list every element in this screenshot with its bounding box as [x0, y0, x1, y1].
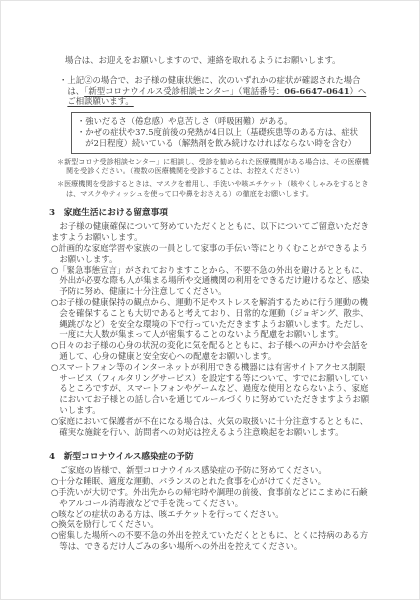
section-4-item: ○咳などの症状のある方は、咳エチケットを行ってください。 — [51, 509, 371, 520]
section-3-item: ○お子様の健康保持の観点から、運動不足やストレスを解消するために行う運動の機会を… — [51, 297, 371, 340]
section-3-item: ○「緊急事態宣言」がされておりますことから、不要不急の外出を避けるとともに、外出… — [51, 265, 371, 297]
section-4-intro: ご家庭の皆様で、新型コロナウイルス感染症の予防に努めてください。 — [51, 465, 371, 476]
consultation-notice: ・上記②の場合で、お子様の健康状態に、次のいずれかの症状が確認された場合は、「新… — [59, 75, 371, 107]
phone-number: 06-6647-0641 — [284, 86, 349, 96]
symptom-item: ・かぜの症状や37.5度前後の発熱が4日以上（基礎疾患等のある方は、症状が2日程… — [77, 127, 365, 149]
section-3-intro: お子様の健康確保について努めていただくとともに、以下についてご留意いただきますよ… — [51, 221, 371, 243]
section-3-item: ○家庭において保護者が不在になる場合は、火気の取扱いに十分注意するとともに、確実… — [51, 416, 371, 438]
section-3-heading: 3 家庭生活における留意事項 — [49, 208, 371, 219]
continuation-paragraph: 場合は、お迎えをお願いしますので、連絡を取れるようにお願いします。 — [65, 55, 371, 66]
note-item: ＊医療機関を受診するときは、マスクを着用し、手洗いや咳エチケット（咳やくしゃみを… — [57, 179, 371, 198]
consult-center-name: 「新型コロナウイルス受診相談センター」（電話番号： — [84, 86, 284, 96]
section-4-item: ○換気を励行してください。 — [51, 519, 371, 530]
note-item: ＊新型コロナ受診相談センター」に相談し、受診を勧められた医療機関がある場合は、そ… — [57, 157, 371, 176]
section-4-item: ○手洗いが大切です。外出先からの帰宅時や調理の前後、食事前などにこまめに石鹸やア… — [51, 487, 371, 509]
section-3-item: ○日々のお子様の心身の状況の変化に気を配るとともに、お子様への声かけや会話を通し… — [51, 340, 371, 362]
section-4-item: ○密集した場所への不要不急の外出を控えていただくとともに、とくに持病のある方等は… — [51, 530, 371, 552]
section-3-item: ○スマートフォン等のインターネットが利用できる機器には有害サイトアクセス制限サー… — [51, 362, 371, 416]
symptom-box: ・強いだるさ（倦怠感）や息苦しさ（呼吸困難）がある。 ・かぜの症状や37.5度前… — [71, 112, 371, 153]
document-page: 場合は、お迎えをお願いしますので、連絡を取れるようにお願いします。 ・上記②の場… — [0, 0, 420, 600]
section-4-item: ○十分な睡眠、適度な運動、バランスのとれた食事を心がけてください。 — [51, 476, 371, 487]
section-4-heading: 4 新型コロナウイルス感染症の予防 — [49, 452, 371, 463]
symptom-item: ・強いだるさ（倦怠感）や息苦しさ（呼吸困難）がある。 — [77, 116, 365, 127]
section-3-item: ○計画的な家庭学習や家族の一員として家事の手伝い等にとりくむことができるようお願… — [51, 243, 371, 265]
